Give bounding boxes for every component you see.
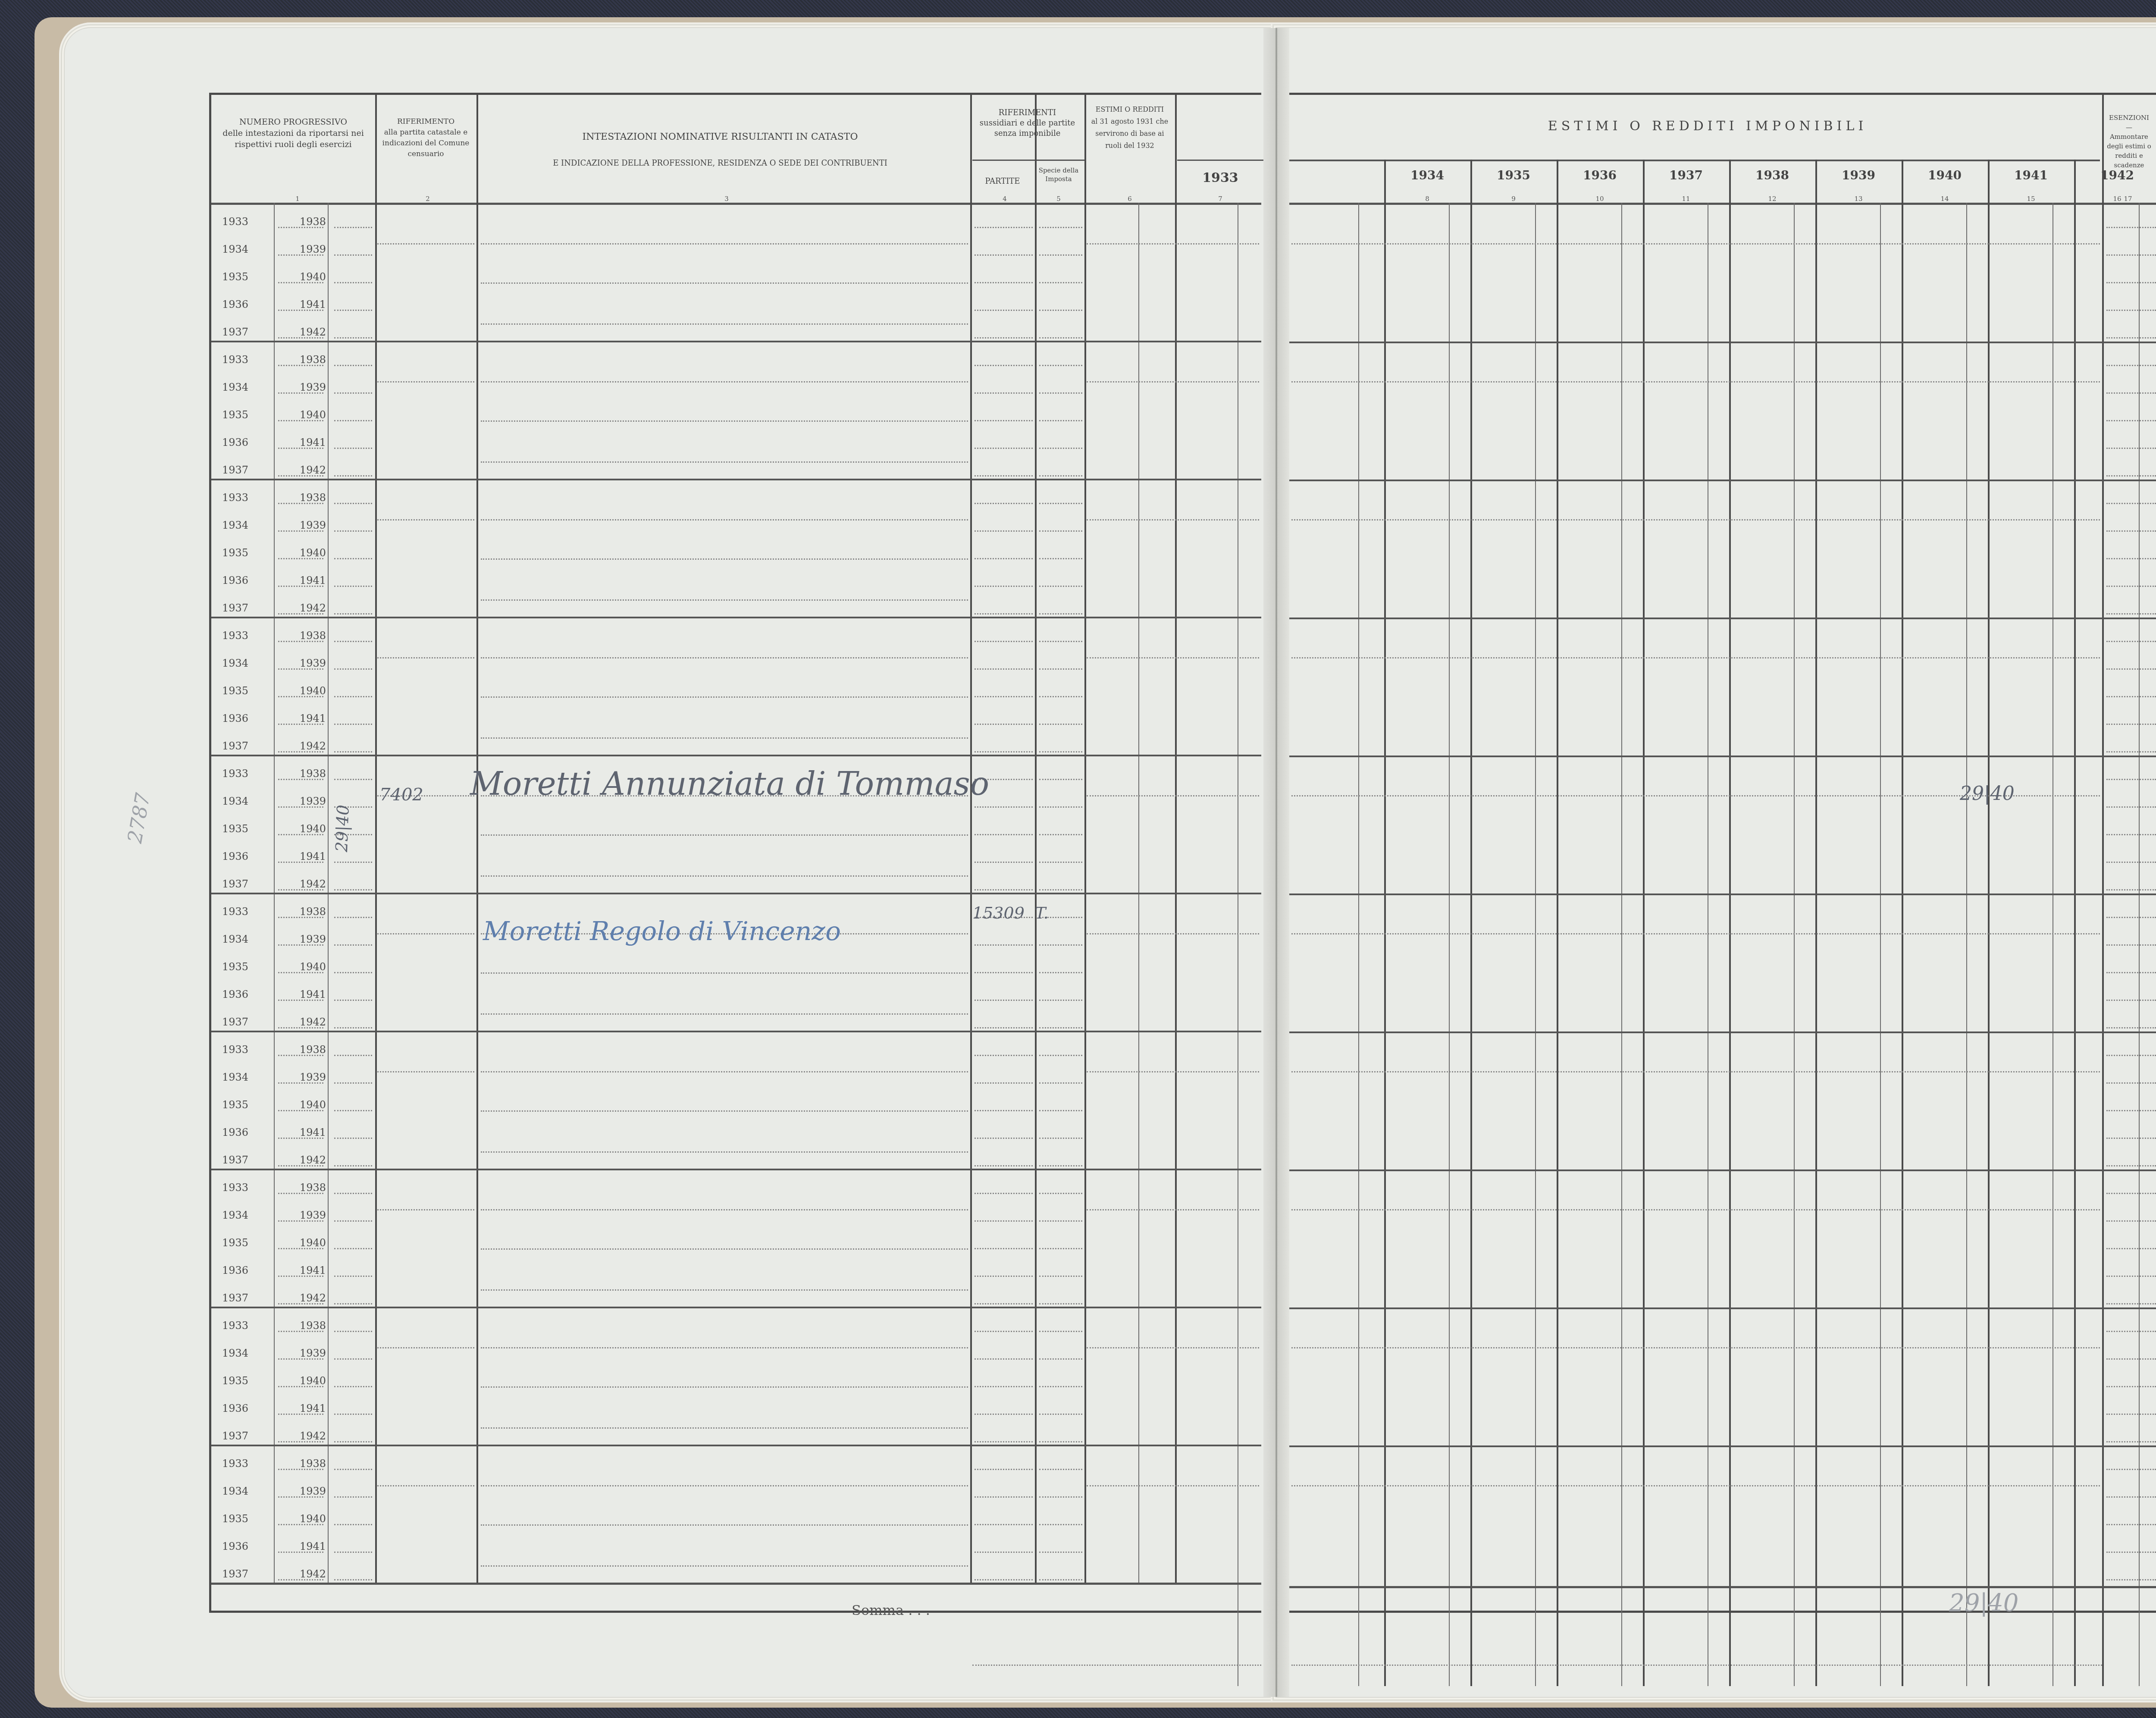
- dotted-rule: [975, 1220, 1033, 1222]
- year-label-right: 1941: [300, 712, 326, 724]
- dotted-rule: [334, 365, 372, 366]
- dotted-rule: [1087, 657, 1259, 658]
- block-rule-right: [1289, 480, 2156, 481]
- dotted-rule: [2106, 503, 2156, 504]
- dotted-rule: [2106, 889, 2156, 890]
- header-col-2: RIFERIMENTO alla partita catastale e ind…: [377, 116, 474, 160]
- dotted-rule: [975, 944, 1033, 946]
- dotted-rule: [1039, 392, 1082, 394]
- year-label-right: 1939: [300, 1209, 326, 1221]
- dotted-rule: [1039, 779, 1082, 780]
- year-label-right: 1942: [300, 740, 326, 752]
- dotted-rule: [334, 448, 372, 449]
- header-col-4-5-group: RIFERIMENTI sussidiari e delle partite s…: [972, 108, 1082, 139]
- header-col-17: ESENZIONI — Ammontare degli estimi o red…: [2104, 113, 2154, 170]
- year-label-right: 1941: [300, 436, 326, 448]
- dotted-rule: [278, 889, 323, 890]
- dotted-rule: [278, 696, 323, 697]
- header-bottom-rule-left: [211, 203, 1261, 205]
- table-bottom-rule-right: [1289, 1586, 2156, 1588]
- year-label-left: 1936: [222, 1126, 248, 1138]
- year-label-left: 1934: [222, 519, 248, 531]
- right-col-cents-divider: [1966, 203, 1967, 1686]
- dotted-rule: [334, 1220, 372, 1222]
- block-rule-left: [211, 479, 1261, 480]
- year-label-right: 1938: [300, 1044, 326, 1056]
- dotted-rule: [1039, 1579, 1082, 1580]
- right-col-cents-divider: [1880, 203, 1881, 1686]
- dotted-rule: [334, 1386, 372, 1387]
- year-label-left: 1937: [222, 1292, 248, 1304]
- dotted-rule: [1087, 795, 1259, 796]
- dotted-rule: [1039, 337, 1082, 339]
- dotted-rule: [481, 323, 968, 325]
- dotted-rule: [975, 751, 1033, 752]
- dotted-rule: [1291, 1347, 2100, 1348]
- year-label-left: 1937: [222, 1154, 248, 1166]
- dotted-rule: [278, 1138, 323, 1139]
- dotted-rule: [1039, 1110, 1082, 1111]
- year-label-right: 1940: [300, 685, 326, 697]
- dotted-rule: [1039, 1469, 1082, 1470]
- dotted-rule: [278, 1524, 323, 1525]
- dotted-rule: [2106, 227, 2156, 228]
- dotted-rule: [2106, 254, 2156, 256]
- dotted-rule: [1039, 1496, 1082, 1498]
- year-label-right: 1940: [300, 823, 326, 835]
- right-col-divider: [2074, 160, 2076, 1686]
- block-rule-left: [211, 893, 1261, 894]
- dotted-rule: [481, 1386, 968, 1388]
- header-bottom-rule-right: [1289, 203, 2156, 205]
- dotted-rule: [334, 1000, 372, 1001]
- year-label-right: 1941: [300, 1126, 326, 1138]
- dotted-rule: [334, 1469, 372, 1470]
- dotted-rule: [334, 972, 372, 973]
- dotted-rule: [1039, 613, 1082, 614]
- dotted-rule: [1039, 889, 1082, 890]
- dotted-rule: [334, 475, 372, 477]
- dotted-rule: [2106, 1110, 2156, 1111]
- dotted-rule: [1087, 933, 1259, 934]
- dotted-rule: [278, 1193, 323, 1194]
- dotted-rule: [481, 1248, 968, 1250]
- dotted-rule: [1087, 243, 1259, 245]
- year-label-right: 1940: [300, 409, 326, 421]
- year-label-left: 1937: [222, 1016, 248, 1028]
- year-label-right: 1942: [300, 878, 326, 890]
- dotted-rule: [278, 1110, 323, 1111]
- dotted-rule: [377, 519, 474, 520]
- dotted-rule: [334, 751, 372, 752]
- header-col-5: Specie della Imposta: [1035, 166, 1082, 183]
- dotted-rule: [334, 1524, 372, 1525]
- dotted-rule: [334, 1082, 372, 1084]
- dotted-rule: [2106, 751, 2156, 752]
- dotted-rule: [334, 1055, 372, 1056]
- year-label-left: 1937: [222, 740, 248, 752]
- dotted-rule: [481, 243, 968, 245]
- year-label-left: 1933: [222, 1044, 248, 1056]
- year-label-right: 1942: [300, 326, 326, 338]
- header-year-1934: 1934: [1384, 168, 1470, 182]
- dotted-rule: [2106, 862, 2156, 863]
- dotted-rule: [334, 1248, 372, 1249]
- year-label-right: 1938: [300, 1458, 326, 1470]
- left-ledger-table: [209, 93, 1261, 1613]
- dotted-rule: [1039, 365, 1082, 366]
- year-label-left: 1936: [222, 988, 248, 1000]
- block-rule-right: [1289, 756, 2156, 757]
- dotted-rule: [481, 1071, 968, 1072]
- right-col-cents-divider: [1621, 203, 1622, 1686]
- col-number-12: 12: [1768, 195, 1777, 203]
- dotted-rule: [1291, 1209, 2100, 1210]
- dotted-rule: [975, 1055, 1033, 1056]
- year-label-right: 1941: [300, 574, 326, 586]
- block-rule-left: [211, 1031, 1261, 1032]
- dotted-rule: [334, 1110, 372, 1111]
- dotted-rule: [278, 1386, 323, 1387]
- dotted-rule: [975, 613, 1033, 614]
- dotted-rule: [2106, 1414, 2156, 1415]
- year-label-left: 1935: [222, 1513, 248, 1525]
- year-label-left: 1933: [222, 354, 248, 366]
- dotted-rule: [481, 1289, 968, 1291]
- dotted-rule: [1039, 1276, 1082, 1277]
- dotted-rule: [481, 737, 968, 739]
- dotted-rule: [2106, 1579, 2156, 1580]
- dotted-rule: [1039, 641, 1082, 642]
- year-label-right: 1940: [300, 1099, 326, 1111]
- dotted-rule: [975, 806, 1033, 808]
- dotted-rule: [334, 613, 372, 614]
- dotted-rule: [334, 1193, 372, 1194]
- header-col-3: INTESTAZIONI NOMINATIVE RISULTANTI IN CA…: [479, 132, 962, 168]
- dotted-rule: [278, 1358, 323, 1360]
- dotted-rule: [975, 1165, 1033, 1166]
- year-label-left: 1936: [222, 712, 248, 724]
- dotted-rule: [278, 1441, 323, 1442]
- dotted-rule: [2106, 944, 2156, 946]
- dotted-rule: [278, 834, 323, 835]
- year-label-right: 1940: [300, 547, 326, 559]
- dotted-rule: [278, 751, 323, 752]
- dotted-rule: [975, 1552, 1033, 1553]
- year-label-right: 1941: [300, 850, 326, 862]
- dotted-rule: [278, 310, 323, 311]
- dotted-rule: [334, 1496, 372, 1498]
- block-rule-left: [211, 755, 1261, 756]
- dotted-rule: [2106, 1496, 2156, 1498]
- block-rule-right: [1289, 1169, 2156, 1171]
- year-label-left: 1934: [222, 1071, 248, 1083]
- dotted-rule: [1039, 1138, 1082, 1139]
- dotted-rule: [975, 1027, 1033, 1028]
- dotted-rule: [2106, 641, 2156, 642]
- subheader-rule-4-5: [972, 160, 1084, 161]
- year-label-left: 1936: [222, 1402, 248, 1414]
- left-col-divider: [1175, 93, 1177, 1583]
- dotted-rule: [2106, 696, 2156, 697]
- col-number-5: 5: [1054, 195, 1063, 203]
- entry-partite: 15309: [972, 903, 1025, 922]
- col-number-3: 3: [722, 195, 731, 203]
- dotted-rule: [481, 1524, 968, 1526]
- year-label-left: 1933: [222, 906, 248, 918]
- dotted-rule: [377, 1071, 474, 1072]
- year-label-right: 1939: [300, 243, 326, 255]
- header-year-1937: 1937: [1643, 168, 1729, 182]
- year-label-left: 1933: [222, 630, 248, 642]
- dotted-rule: [2106, 1469, 2156, 1470]
- dotted-rule: [1039, 834, 1082, 835]
- year-label-left: 1934: [222, 381, 248, 393]
- dotted-rule: [481, 599, 968, 601]
- dotted-rule: [481, 834, 968, 836]
- year-label-left: 1936: [222, 850, 248, 862]
- subheader-rule-7: [1177, 160, 1263, 161]
- year-label-right: 1942: [300, 464, 326, 476]
- dotted-rule: [1039, 862, 1082, 863]
- col-number-11: 11: [1682, 195, 1690, 203]
- dotted-rule: [377, 1347, 474, 1348]
- year-label-right: 1942: [300, 1568, 326, 1580]
- dotted-rule: [481, 696, 968, 698]
- left-col-divider: [970, 93, 972, 1583]
- dotted-rule: [2106, 1027, 2156, 1028]
- dotted-rule: [377, 933, 474, 934]
- year-label-left: 1937: [222, 1430, 248, 1442]
- year-label-left: 1935: [222, 547, 248, 559]
- dotted-rule: [278, 1165, 323, 1166]
- dotted-rule: [1039, 530, 1082, 532]
- year-label-left: 1937: [222, 1568, 248, 1580]
- dotted-rule: [481, 282, 968, 284]
- dotted-rule: [975, 586, 1033, 587]
- col-number-9: 9: [1509, 195, 1518, 203]
- year-label-right: 1941: [300, 1402, 326, 1414]
- dotted-rule: [334, 337, 372, 339]
- dotted-rule: [1039, 724, 1082, 725]
- dotted-rule: [975, 1082, 1033, 1084]
- dotted-rule: [975, 724, 1033, 725]
- dotted-rule: [1039, 1193, 1082, 1194]
- dotted-rule: [1039, 420, 1082, 421]
- col-number-16: 16: [2113, 195, 2122, 203]
- entry-partita: 7402: [379, 785, 423, 805]
- dotted-rule: [278, 392, 323, 394]
- somma-dotted-rule: [1291, 1665, 2102, 1666]
- dotted-rule: [377, 1209, 474, 1210]
- dotted-rule: [334, 310, 372, 311]
- block-rule-right: [1289, 342, 2156, 343]
- dotted-rule: [481, 461, 968, 463]
- dotted-rule: [975, 1303, 1033, 1304]
- year-label-right: 1938: [300, 768, 326, 780]
- year-label-right: 1939: [300, 1485, 326, 1497]
- year-label-right: 1942: [300, 1430, 326, 1442]
- dotted-rule: [1039, 1082, 1082, 1084]
- dotted-rule: [1039, 806, 1082, 808]
- block-rule-left: [211, 341, 1261, 342]
- year-label-right: 1942: [300, 602, 326, 614]
- entry-name-moretti-regolo: Moretti Regolo di Vincenzo: [483, 916, 841, 947]
- dotted-rule: [1039, 1248, 1082, 1249]
- right-col-cents-divider: [1535, 203, 1536, 1686]
- year-label-right: 1938: [300, 1182, 326, 1194]
- left-col-divider: [375, 93, 377, 1583]
- dotted-rule: [2106, 392, 2156, 394]
- dotted-rule: [278, 282, 323, 283]
- dotted-rule: [334, 227, 372, 228]
- dotted-rule: [334, 1441, 372, 1442]
- dotted-rule: [975, 1331, 1033, 1332]
- col-number-1: 1: [293, 195, 302, 203]
- header-year-1940: 1940: [1902, 168, 1988, 182]
- dotted-rule: [334, 282, 372, 283]
- dotted-rule: [1039, 558, 1082, 559]
- dotted-rule: [334, 420, 372, 421]
- dotted-rule: [1039, 668, 1082, 670]
- dotted-rule: [278, 1496, 323, 1498]
- dotted-rule: [278, 724, 323, 725]
- right-col-cents-divider: [2053, 203, 2053, 1686]
- dotted-rule: [975, 1496, 1033, 1498]
- dotted-rule: [975, 1441, 1033, 1442]
- dotted-rule: [278, 972, 323, 973]
- dotted-rule: [975, 392, 1033, 394]
- dotted-rule: [975, 1524, 1033, 1525]
- header-year-1941: 1941: [1988, 168, 2074, 182]
- col-number-6: 6: [1125, 195, 1134, 203]
- year-label-left: 1937: [222, 602, 248, 614]
- col-number-15: 15: [2027, 195, 2035, 203]
- year-label-left: 1934: [222, 243, 248, 255]
- right-col-divider: [1729, 160, 1731, 1686]
- dotted-rule: [334, 1165, 372, 1166]
- dotted-rule: [481, 1013, 968, 1015]
- col7-cents-divider: [1238, 203, 1238, 1686]
- dotted-rule: [481, 657, 968, 658]
- dotted-rule: [975, 337, 1033, 339]
- dotted-rule: [1039, 1000, 1082, 1001]
- year-label-left: 1935: [222, 1375, 248, 1387]
- left-col-divider: [1035, 93, 1037, 1583]
- year-label-right: 1941: [300, 988, 326, 1000]
- year-label-left: 1934: [222, 657, 248, 669]
- dotted-rule: [2106, 475, 2156, 477]
- dotted-rule: [2106, 586, 2156, 587]
- dotted-rule: [1087, 1347, 1259, 1348]
- dotted-rule: [1039, 1552, 1082, 1553]
- year-label-left: 1935: [222, 409, 248, 421]
- dotted-rule: [278, 586, 323, 587]
- dotted-rule: [2106, 1331, 2156, 1332]
- dotted-rule: [278, 1276, 323, 1277]
- dotted-rule: [2106, 1552, 2156, 1553]
- header-col-1: NUMERO PROGRESSIVO delle intestazioni da…: [213, 116, 373, 150]
- year-label-right: 1939: [300, 795, 326, 807]
- dotted-rule: [1039, 475, 1082, 477]
- header-col-4: PARTITE: [972, 177, 1033, 186]
- dotted-rule: [278, 1331, 323, 1332]
- header-year-1935: 1935: [1470, 168, 1557, 182]
- dotted-rule: [278, 1579, 323, 1580]
- dotted-rule: [278, 1027, 323, 1028]
- block-rule-right: [1289, 893, 2156, 895]
- dotted-rule: [1039, 282, 1082, 283]
- dotted-rule: [481, 558, 968, 560]
- dotted-rule: [1039, 1027, 1082, 1028]
- dotted-rule: [975, 972, 1033, 973]
- year-label-right: 1942: [300, 1292, 326, 1304]
- dotted-rule: [975, 1579, 1033, 1580]
- dotted-rule: [481, 381, 968, 382]
- dotted-rule: [2106, 282, 2156, 283]
- block-rule-left: [211, 617, 1261, 618]
- year-label-left: 1933: [222, 1458, 248, 1470]
- dotted-rule: [278, 806, 323, 808]
- year-label-left: 1936: [222, 574, 248, 586]
- dotted-rule: [278, 1552, 323, 1553]
- dotted-rule: [278, 917, 323, 918]
- block-rule-left: [211, 1169, 1261, 1170]
- dotted-rule: [481, 1209, 968, 1210]
- dotted-rule: [2106, 1276, 2156, 1277]
- dotted-rule: [2106, 1386, 2156, 1387]
- year-label-right: 1938: [300, 1320, 326, 1332]
- dotted-rule: [1039, 1358, 1082, 1360]
- dotted-rule: [1039, 1165, 1082, 1166]
- dotted-rule: [975, 282, 1033, 283]
- dotted-rule: [1291, 657, 2100, 658]
- dotted-rule: [278, 613, 323, 614]
- dotted-rule: [975, 1469, 1033, 1470]
- dotted-rule: [1087, 381, 1259, 382]
- dotted-rule: [975, 227, 1033, 228]
- dotted-rule: [975, 1110, 1033, 1111]
- dotted-rule: [278, 254, 323, 256]
- block-rule-left: [211, 1307, 1261, 1308]
- col-number-13: 13: [1854, 195, 1863, 203]
- year-label-right: 1939: [300, 933, 326, 945]
- dotted-rule: [481, 1565, 968, 1567]
- year-label-left: 1933: [222, 1182, 248, 1194]
- dotted-rule: [334, 944, 372, 946]
- dotted-rule: [481, 519, 968, 520]
- dotted-rule: [975, 1138, 1033, 1139]
- year-label-right: 1941: [300, 298, 326, 310]
- header-year-1939: 1939: [1815, 168, 1902, 182]
- dotted-rule: [975, 503, 1033, 504]
- dotted-rule: [2106, 972, 2156, 973]
- year-label-left: 1934: [222, 933, 248, 945]
- year-label-left: 1933: [222, 1320, 248, 1332]
- entry-side-amount: 29|40: [332, 805, 353, 853]
- right-col-divider: [1643, 160, 1645, 1686]
- book-gutter: [1263, 28, 1289, 1697]
- dotted-rule: [278, 503, 323, 504]
- right-col-divider: [1815, 160, 1817, 1686]
- dotted-rule: [2106, 1220, 2156, 1222]
- dotted-rule: [278, 227, 323, 228]
- somma-label: Somma . . .: [852, 1602, 930, 1618]
- dotted-rule: [481, 1110, 968, 1112]
- dotted-rule: [334, 254, 372, 256]
- dotted-rule: [1039, 227, 1082, 228]
- year-label-left: 1936: [222, 1264, 248, 1276]
